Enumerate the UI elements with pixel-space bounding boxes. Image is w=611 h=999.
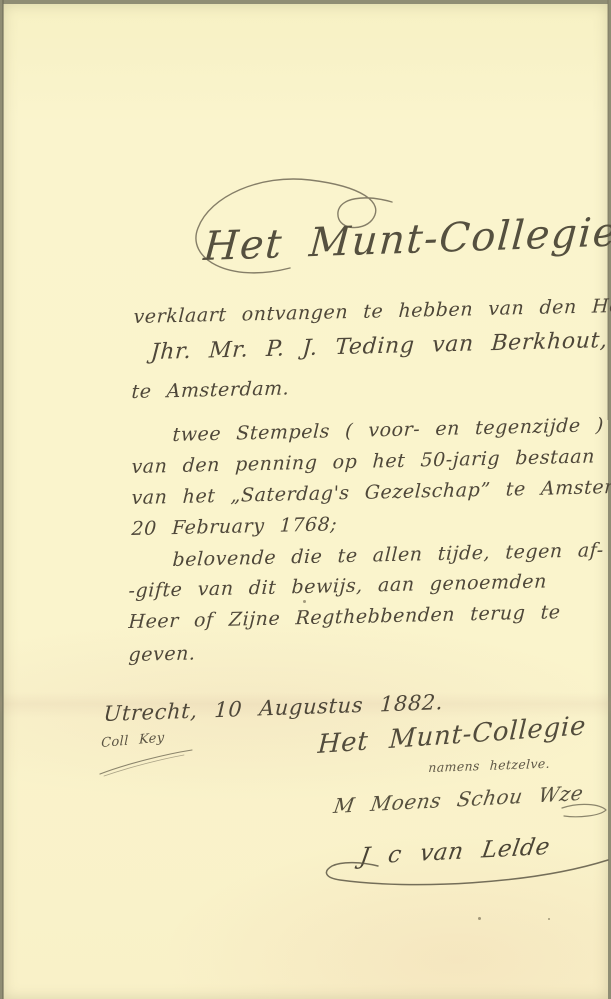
ink-speck	[303, 600, 306, 603]
scanned-letter-page: { "page": { "kind": "scan of handwritten…	[0, 0, 611, 999]
ink-speck	[478, 917, 481, 920]
ink-speck	[548, 918, 550, 920]
letter-line: te Amsterdam.	[131, 377, 290, 403]
scan-edge-left	[2, 0, 4, 999]
letter-line: 20 February 1768;	[131, 513, 338, 540]
letter-line: geven.	[128, 642, 196, 666]
